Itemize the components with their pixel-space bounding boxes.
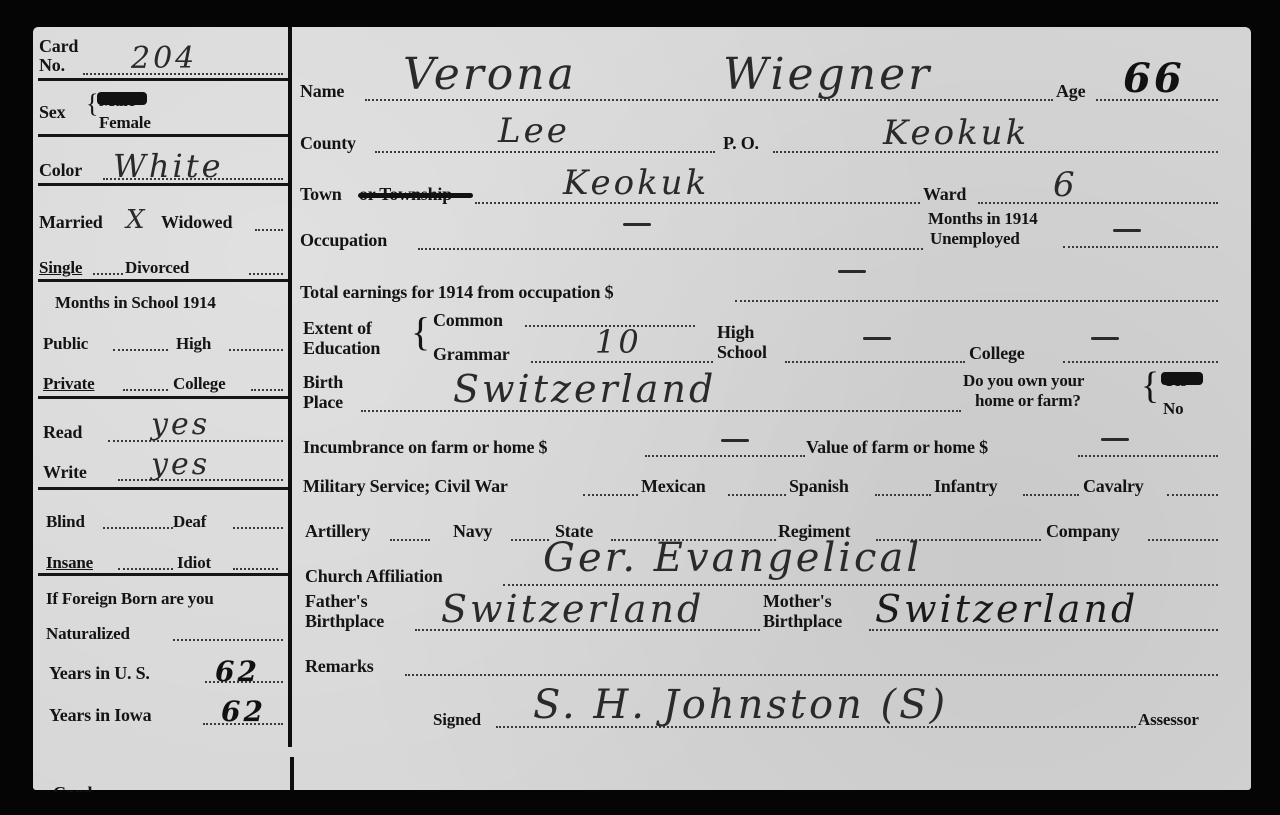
widowed-line bbox=[255, 229, 283, 231]
years-us-label: Years in U. S. bbox=[49, 664, 150, 683]
married-label: Married bbox=[39, 213, 103, 232]
civil-war-line bbox=[583, 494, 638, 496]
divider bbox=[38, 279, 288, 282]
name-first: Verona bbox=[403, 49, 577, 100]
census-card: Card No. 204 Sex { Male Female Color Whi… bbox=[33, 27, 1251, 790]
naturalized-line bbox=[173, 639, 283, 641]
signed-value: S. H. Johnston (S) bbox=[533, 682, 948, 728]
male-strike bbox=[97, 92, 147, 105]
college-line bbox=[251, 389, 283, 391]
color-value: White bbox=[113, 147, 224, 185]
divider bbox=[38, 183, 288, 186]
own-home-option-no: No bbox=[1163, 399, 1183, 418]
mexican-label: Mexican bbox=[641, 477, 706, 496]
own-home-brace: { bbox=[1141, 371, 1159, 401]
remarks-label: Remarks bbox=[305, 657, 374, 676]
home-value-line bbox=[1078, 455, 1218, 457]
high-school-value-dash bbox=[863, 337, 891, 340]
college-edu-label: College bbox=[969, 344, 1025, 363]
age-label: Age bbox=[1056, 82, 1085, 101]
idiot-label: Idiot bbox=[177, 553, 211, 572]
deaf-label: Deaf bbox=[173, 512, 206, 531]
spanish-line bbox=[875, 494, 931, 496]
divorced-line bbox=[249, 273, 283, 275]
cavalry-line bbox=[1167, 494, 1218, 496]
divorced-label: Divorced bbox=[125, 258, 189, 277]
age-value: 66 bbox=[1123, 55, 1185, 102]
home-value-dash bbox=[1101, 438, 1129, 441]
high-school-label-2: School bbox=[717, 343, 767, 362]
name-last: Wiegner bbox=[723, 49, 932, 100]
mexican-line bbox=[728, 494, 786, 496]
incumbrance-value-dash bbox=[721, 439, 749, 442]
artillery-line bbox=[390, 539, 430, 541]
church-line bbox=[503, 584, 1218, 586]
own-home-question-1: Do you own your bbox=[963, 371, 1084, 390]
signed-label: Signed bbox=[433, 710, 481, 729]
high-label: High bbox=[176, 334, 211, 353]
town-value: Keokuk bbox=[563, 163, 709, 203]
high-line bbox=[229, 349, 283, 351]
unemployed-label-1: Months in 1914 bbox=[928, 209, 1038, 228]
assessor-label: Assessor bbox=[1138, 710, 1199, 729]
sex-label: Sex bbox=[39, 103, 65, 122]
grammar-value: 10 bbox=[595, 323, 642, 361]
earnings-line bbox=[735, 300, 1218, 302]
divider bbox=[38, 396, 288, 399]
insane-line bbox=[118, 568, 173, 570]
read-value: yes bbox=[151, 407, 210, 442]
card-no-value: 204 bbox=[131, 41, 197, 76]
county-label: County bbox=[300, 134, 356, 153]
private-line bbox=[123, 389, 168, 391]
town-label: Town bbox=[300, 185, 342, 204]
church-label: Church Affiliation bbox=[305, 567, 443, 586]
school-heading: Months in School 1914 bbox=[55, 293, 216, 312]
years-iowa-value: 62 bbox=[221, 695, 266, 728]
ward-label: Ward bbox=[923, 185, 966, 204]
father-birthplace-label-2: Birthplace bbox=[305, 612, 384, 631]
education-brace: { bbox=[411, 317, 430, 347]
idiot-line bbox=[233, 568, 278, 570]
divider bbox=[38, 134, 288, 137]
home-value-label: Value of farm or home $ bbox=[806, 438, 988, 457]
years-us-value: 62 bbox=[215, 655, 260, 688]
name-label: Name bbox=[300, 82, 344, 101]
birth-place-value: Switzerland bbox=[453, 367, 716, 411]
po-label: P. O. bbox=[723, 134, 759, 153]
navy-label: Navy bbox=[453, 522, 492, 541]
public-label: Public bbox=[43, 334, 88, 353]
unemployed-line bbox=[1063, 246, 1218, 248]
spanish-label: Spanish bbox=[789, 477, 849, 496]
unemployed-value-dash bbox=[1113, 229, 1141, 232]
county-value: Lee bbox=[498, 111, 570, 151]
sex-option-female: Female bbox=[99, 113, 151, 132]
college-label: College bbox=[173, 374, 225, 393]
years-iowa-label: Years in Iowa bbox=[49, 706, 151, 725]
card-no-label-2: No. bbox=[39, 56, 65, 75]
mother-birthplace-label-1: Mother's bbox=[763, 592, 831, 611]
company-label: Company bbox=[1046, 522, 1120, 541]
education-label-1: Extent of bbox=[303, 319, 372, 338]
blind-line bbox=[103, 527, 173, 529]
mother-birthplace-label-2: Birthplace bbox=[763, 612, 842, 631]
earnings-value-dash bbox=[838, 270, 866, 273]
incumbrance-label: Incumbrance on farm or home $ bbox=[303, 438, 547, 457]
grammar-line bbox=[531, 361, 713, 363]
occupation-value-dash bbox=[623, 223, 651, 226]
single-label: Single bbox=[39, 258, 82, 277]
high-school-line bbox=[785, 361, 965, 363]
color-label: Color bbox=[39, 161, 82, 180]
write-label: Write bbox=[43, 463, 87, 482]
private-label: Private bbox=[43, 374, 94, 393]
church-value: Ger. Evangelical bbox=[543, 535, 922, 581]
deaf-line bbox=[233, 527, 283, 529]
company-line bbox=[1148, 539, 1218, 541]
mother-birthplace-value: Switzerland bbox=[875, 587, 1138, 631]
township-strike bbox=[358, 193, 473, 198]
county-line bbox=[375, 151, 715, 153]
insane-label: Insane bbox=[46, 553, 93, 572]
cavalry-label: Cavalry bbox=[1083, 477, 1144, 496]
single-line bbox=[93, 273, 123, 275]
divider bbox=[38, 78, 288, 81]
public-line bbox=[113, 349, 168, 351]
ward-value: 6 bbox=[1053, 165, 1078, 205]
naturalized-label: Naturalized bbox=[46, 624, 130, 643]
military-label: Military Service; Civil War bbox=[303, 477, 508, 496]
po-value: Keokuk bbox=[883, 113, 1029, 153]
college-edu-value-dash bbox=[1091, 337, 1119, 340]
artillery-label: Artillery bbox=[305, 522, 370, 541]
divider bbox=[38, 487, 288, 490]
blind-label: Blind bbox=[46, 512, 85, 531]
occupation-label: Occupation bbox=[300, 231, 387, 250]
grammar-label: Grammar bbox=[433, 345, 510, 364]
ward-line bbox=[978, 202, 1218, 204]
education-label-2: Education bbox=[303, 339, 380, 358]
infantry-label: Infantry bbox=[934, 477, 997, 496]
column-divider-lower bbox=[290, 757, 294, 790]
read-label: Read bbox=[43, 423, 82, 442]
cut-off-text: Card bbox=[53, 784, 92, 792]
column-divider bbox=[288, 27, 292, 747]
incumbrance-line bbox=[645, 455, 805, 457]
unemployed-label-2: Unemployed bbox=[930, 229, 1020, 248]
infantry-line bbox=[1023, 494, 1079, 496]
yes-strike bbox=[1161, 372, 1203, 385]
own-home-question-2: home or farm? bbox=[975, 391, 1081, 410]
earnings-label: Total earnings for 1914 from occupation … bbox=[300, 283, 613, 302]
father-birthplace-label-1: Father's bbox=[305, 592, 367, 611]
foreign-born-question: If Foreign Born are you bbox=[46, 589, 214, 608]
birth-place-label-1: Birth bbox=[303, 373, 343, 392]
birth-place-label-2: Place bbox=[303, 393, 343, 412]
card-no-label-1: Card bbox=[39, 37, 78, 56]
occupation-line bbox=[418, 248, 923, 250]
remarks-line bbox=[405, 674, 1218, 676]
write-value: yes bbox=[151, 447, 210, 482]
high-school-label-1: High bbox=[717, 323, 754, 342]
common-label: Common bbox=[433, 311, 503, 330]
father-birthplace-value: Switzerland bbox=[441, 587, 704, 631]
widowed-label: Widowed bbox=[161, 213, 232, 232]
college-edu-line bbox=[1063, 361, 1218, 363]
married-mark: X bbox=[126, 205, 145, 235]
divider bbox=[38, 573, 288, 576]
